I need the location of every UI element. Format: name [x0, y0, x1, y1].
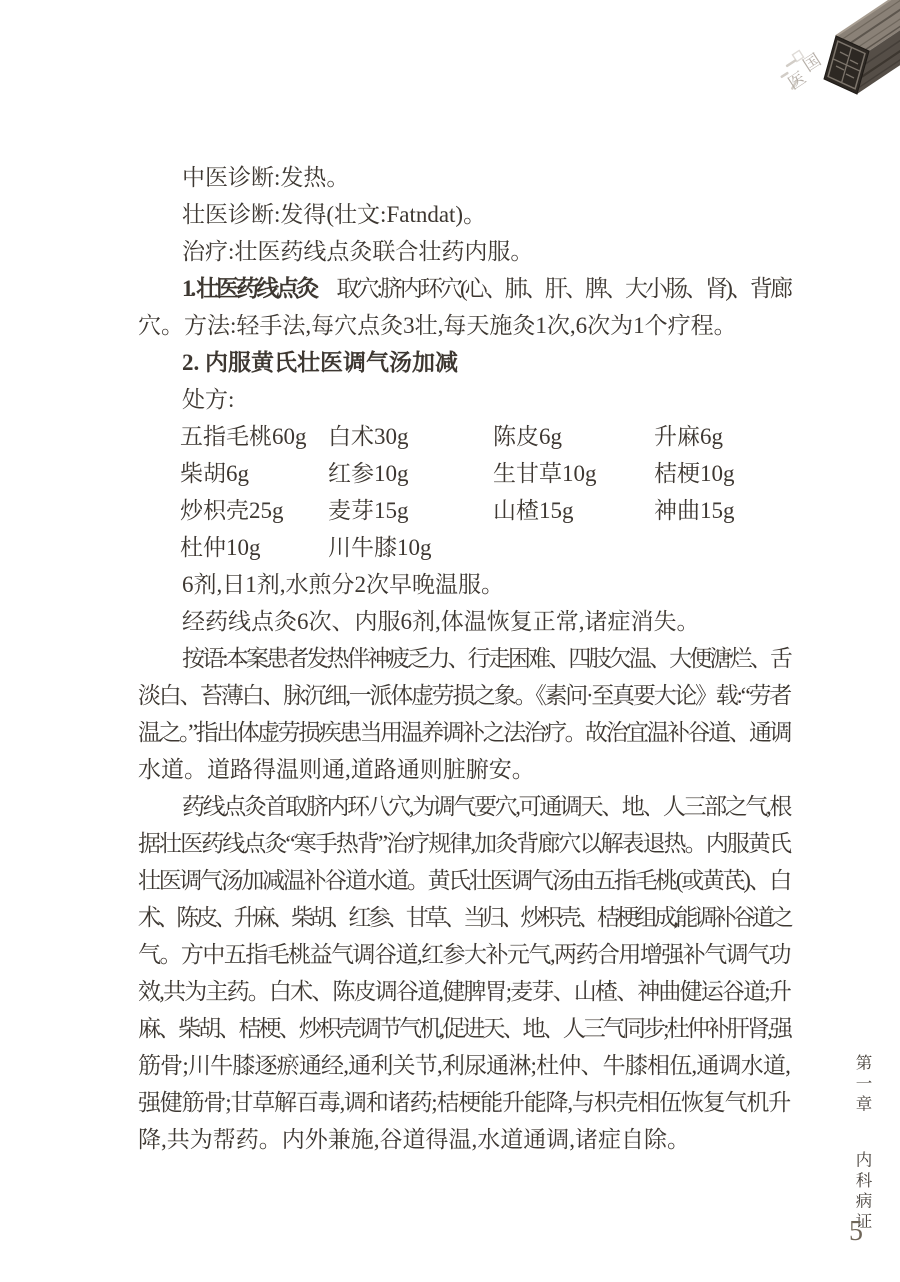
- heading-text: 2. 内服黄氏壮医调气汤加减: [182, 350, 458, 375]
- prescription-item: 陈皮6g: [493, 418, 654, 455]
- stamp-imprint-char: 国: [800, 50, 825, 75]
- text-line: 壮医调气汤加减温补谷道水道。黄氏壮医调气汤由五指毛桃(或黄芪)、白: [138, 862, 790, 899]
- prescription-item: 五指毛桃60g: [180, 418, 328, 455]
- stamp-imprint: 国 医: [785, 50, 825, 93]
- prescription-item: 柴胡6g: [180, 455, 328, 492]
- text-line: 中医诊断:发热。: [138, 159, 790, 196]
- prescription-item: 红参10g: [328, 455, 493, 492]
- text-line: 药线点灸首取脐内环八穴,为调气要穴,可通调天、地、人三部之气,根: [138, 788, 790, 825]
- chapter-label: 第一章: [853, 1054, 872, 1116]
- line-text: 取穴:脐内环穴(心、肺、肝、脾、大小肠、肾)、背廊: [316, 276, 790, 301]
- line-text: 术、陈皮、升麻、柴胡、红参、甘草、当归、炒枳壳、桔梗组成,能调补谷道之: [138, 905, 790, 930]
- prescription-row: 五指毛桃60g白术30g陈皮6g升麻6g: [138, 418, 790, 455]
- text-line: 经药线点灸6次、内服6剂,体温恢复正常,诸症消失。: [138, 603, 790, 640]
- text-line: 处方:: [138, 381, 790, 418]
- line-text: 按语:本案患者发热伴神疲乏力、行走困难、四肢欠温、大便溏烂、舌: [182, 646, 790, 671]
- line-text: 气。方中五指毛桃益气调谷道,红参大补元气,两药合用增强补气调气功: [138, 942, 790, 967]
- prescription-row: 炒枳壳25g麦芽15g山楂15g神曲15g: [138, 492, 790, 529]
- text-line: 淡白、苔薄白、脉沉细,一派体虚劳损之象。《素问·至真要大论》载:“劳者: [138, 677, 790, 714]
- text-line: 水道。道路得温则通,道路通则脏腑安。: [138, 751, 790, 788]
- text-line: 2. 内服黄氏壮医调气汤加减: [138, 344, 790, 381]
- line-text: 壮医调气汤加减温补谷道水道。黄氏壮医调气汤由五指毛桃(或黄芪)、白: [138, 868, 790, 893]
- prescription-item: 川牛膝10g: [328, 529, 493, 566]
- line-text: 强健筋骨;甘草解百毒,调和诸药;桔梗能升能降,与枳壳相伍恢复气机升: [138, 1090, 790, 1115]
- line-text: 据壮医药线点灸“寒手热背”治疗规律,加灸背廊穴以解表退热。内服黄氏: [138, 831, 790, 856]
- prescription-item: 神曲15g: [654, 492, 735, 529]
- text-line: 温之。”指出体虚劳损疾患当用温养调补之法治疗。故治宜温补谷道、通调: [138, 714, 790, 751]
- line-text: 壮医诊断:发得(壮文:Fatndat)。: [182, 202, 486, 227]
- text-line: 治疗:壮医药线点灸联合壮药内服。: [138, 233, 790, 270]
- prescription-item: 山楂15g: [493, 492, 654, 529]
- line-text: 麻、柴胡、桔梗、炒枳壳调节气机,促进天、地、人三气同步;杜仲补肝肾,强: [138, 1016, 790, 1041]
- page-number: 5: [849, 1216, 863, 1248]
- prescription-row: 柴胡6g红参10g生甘草10g桔梗10g: [138, 455, 790, 492]
- text-line: 效,共为主药。白术、陈皮调谷道,健脾胃;麦芽、山楂、神曲健运谷道;升: [138, 973, 790, 1010]
- text-line: 壮医诊断:发得(壮文:Fatndat)。: [138, 196, 790, 233]
- prescription-item: 麦芽15g: [328, 492, 493, 529]
- text-line: 穴。方法:轻手法,每穴点灸3壮,每天施灸1次,6次为1个疗程。: [138, 307, 790, 344]
- text-line: 术、陈皮、升麻、柴胡、红参、甘草、当归、炒枳壳、桔梗组成,能调补谷道之: [138, 899, 790, 936]
- line-text: 经药线点灸6次、内服6剂,体温恢复正常,诸症消失。: [182, 609, 700, 634]
- text-line: 降,共为帮药。内外兼施,谷道得温,水道通调,诸症自除。: [138, 1121, 790, 1158]
- line-text: 治疗:壮医药线点灸联合壮药内服。: [182, 239, 533, 264]
- text-line: 气。方中五指毛桃益气调谷道,红参大补元气,两药合用增强补气调气功: [138, 936, 790, 973]
- line-text: 效,共为主药。白术、陈皮调谷道,健脾胃;麦芽、山楂、神曲健运谷道;升: [138, 979, 790, 1004]
- wooden-seal-decoration: 国 医: [690, 0, 900, 140]
- prescription-row: 杜仲10g川牛膝10g: [138, 529, 790, 566]
- prescription-item: 桔梗10g: [654, 455, 735, 492]
- line-text: 6剂,日1剂,水煎分2次早晚温服。: [182, 572, 504, 597]
- prescription-item: 升麻6g: [654, 418, 723, 455]
- line-text: 降,共为帮药。内外兼施,谷道得温,水道通调,诸症自除。: [138, 1127, 690, 1152]
- line-text: 处方:: [182, 387, 234, 412]
- text-line: 筋骨;川牛膝逐瘀通经,通利关节,利尿通淋;杜仲、牛膝相伍,通调水道,: [138, 1047, 790, 1084]
- body-text: 中医诊断:发热。壮医诊断:发得(壮文:Fatndat)。治疗:壮医药线点灸联合壮…: [138, 159, 790, 1158]
- text-line: 1. 壮医药线点灸 取穴:脐内环穴(心、肺、肝、脾、大小肠、肾)、背廊: [138, 270, 790, 307]
- line-text: 中医诊断:发热。: [182, 165, 349, 190]
- line-text: 药线点灸首取脐内环八穴,为调气要穴,可通调天、地、人三部之气,根: [182, 794, 790, 819]
- prescription-item: 白术30g: [328, 418, 493, 455]
- line-text: 穴。方法:轻手法,每穴点灸3壮,每天施灸1次,6次为1个疗程。: [138, 313, 737, 338]
- text-line: 麻、柴胡、桔梗、炒枳壳调节气机,促进天、地、人三气同步;杜仲补肝肾,强: [138, 1010, 790, 1047]
- prescription-item: 炒枳壳25g: [180, 492, 328, 529]
- line-text: 筋骨;川牛膝逐瘀通经,通利关节,利尿通淋;杜仲、牛膝相伍,通调水道,: [138, 1053, 790, 1078]
- text-line: 强健筋骨;甘草解百毒,调和诸药;桔梗能升能降,与枳壳相伍恢复气机升: [138, 1084, 790, 1121]
- heading-text: 1. 壮医药线点灸: [182, 276, 316, 301]
- text-line: 按语:本案患者发热伴神疲乏力、行走困难、四肢欠温、大便溏烂、舌: [138, 640, 790, 677]
- prescription-item: 生甘草10g: [493, 455, 654, 492]
- text-line: 据壮医药线点灸“寒手热背”治疗规律,加灸背廊穴以解表退热。内服黄氏: [138, 825, 790, 862]
- line-text: 水道。道路得温则通,道路通则脏腑安。: [138, 757, 535, 782]
- book-page: 国 医 中医诊断:发热。壮医诊断:发得(壮文:Fatndat)。治疗:壮医药线点…: [0, 0, 900, 1282]
- prescription-item: 杜仲10g: [180, 529, 328, 566]
- sidebar-caption: 第一章 内科病证: [854, 1054, 871, 1233]
- text-line: 6剂,日1剂,水煎分2次早晚温服。: [138, 566, 790, 603]
- line-text: 淡白、苔薄白、脉沉细,一派体虚劳损之象。《素问·至真要大论》载:“劳者: [138, 683, 790, 708]
- line-text: 温之。”指出体虚劳损疾患当用温养调补之法治疗。故治宜温补谷道、通调: [138, 720, 790, 745]
